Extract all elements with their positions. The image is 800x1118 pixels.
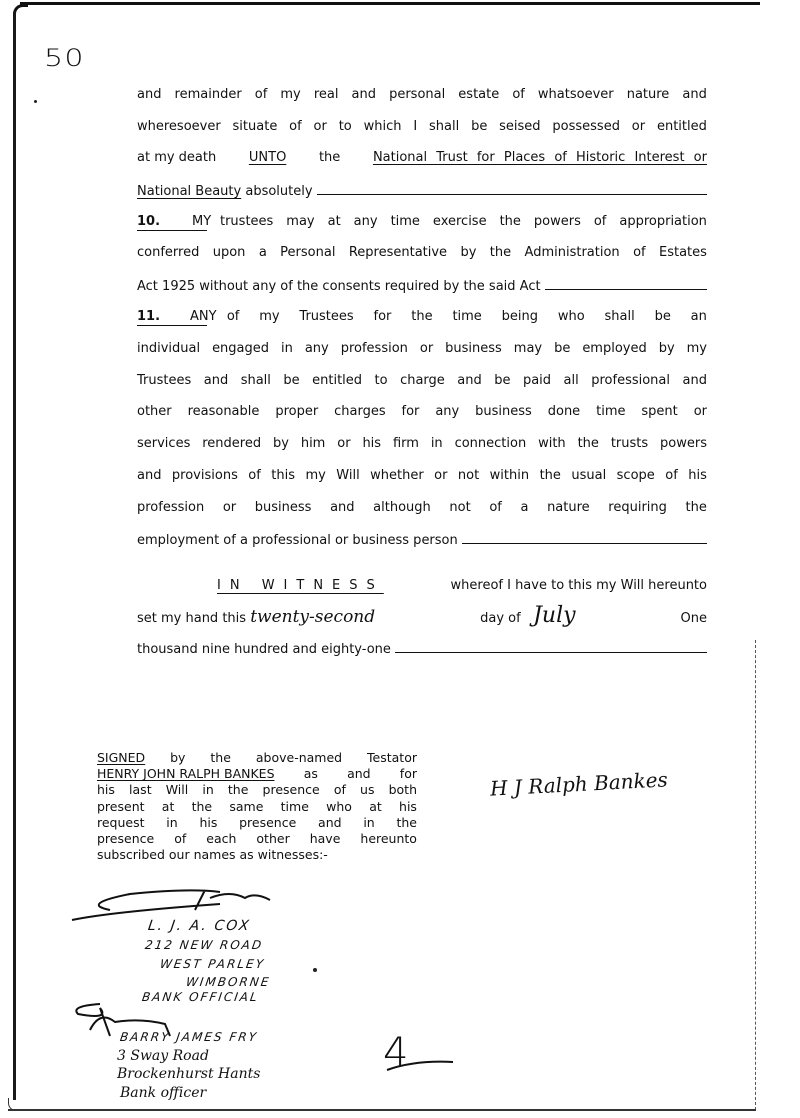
word: of	[334, 782, 346, 798]
word: charges	[334, 404, 386, 420]
word: real	[314, 87, 339, 103]
word: in	[431, 436, 443, 452]
text: at my death	[137, 150, 216, 166]
word: be	[554, 341, 570, 357]
word: and	[457, 373, 481, 389]
beneficiary-name-cont: National Beauty	[137, 184, 241, 200]
word: business	[255, 500, 312, 516]
clause-11-line-2: individualengagedinanyprofessionorbusine…	[137, 341, 707, 357]
word: may	[286, 214, 314, 230]
word: scope	[617, 468, 655, 484]
witness-2-address-1: 3 Sway Road	[117, 1048, 209, 1064]
text: absolutely	[245, 184, 312, 200]
blank-line	[317, 182, 707, 195]
word: Will	[166, 782, 189, 798]
witness-2-occupation: Bank officer	[120, 1085, 206, 1101]
word: shall	[429, 119, 459, 135]
speck	[313, 968, 317, 972]
word: although	[373, 500, 431, 516]
body-line-2: wheresoeversituateofortowhichIshallbesei…	[137, 119, 707, 135]
text: the	[319, 150, 340, 166]
word: and	[352, 87, 376, 103]
word: his	[362, 436, 381, 452]
word: subscribed our names as witnesses:-	[97, 847, 328, 863]
word: or	[632, 119, 645, 135]
blank-line	[462, 531, 707, 544]
word: rendered	[202, 436, 261, 452]
word: Administration	[525, 245, 620, 261]
clause-11-line-5: servicesrenderedbyhimorhisfirminconnecti…	[137, 436, 707, 452]
witness-1-address-2: WEST PARLEY	[159, 957, 266, 971]
word: business	[475, 404, 532, 420]
word: entitled	[657, 119, 707, 135]
word: business	[445, 341, 502, 357]
word: Testator	[367, 750, 417, 766]
word: proper	[275, 404, 318, 420]
attestation-row: hislastWillinthepresenceofusboth	[97, 782, 417, 798]
text: day of July	[480, 608, 575, 627]
word: the	[686, 500, 707, 516]
word: and	[204, 373, 228, 389]
word: employed	[582, 341, 646, 357]
clause-11-line-6: andprovisionsofthismyWillwhetherornotwit…	[137, 468, 707, 484]
page-border-left	[13, 12, 16, 1100]
clause-11-line-1: 11.ANY ofmyTrusteesforthetimebeingwhosha…	[137, 309, 707, 326]
word: trusts	[611, 436, 648, 452]
clause-10-line-1: 10.MY trusteesmayatanytimeexercisethepow…	[137, 214, 707, 231]
attestation-row: HENRY JOHN RALPH BANKESasandfor	[97, 766, 417, 782]
word: presence	[239, 815, 296, 831]
word: hereunto	[360, 831, 417, 847]
word: not	[458, 468, 479, 484]
word: remainder	[175, 87, 242, 103]
clause-11-last-line: employment of a professional or business…	[137, 531, 707, 549]
word: other	[137, 404, 172, 420]
word: engaged	[212, 341, 269, 357]
word: or	[337, 436, 350, 452]
word: any	[305, 341, 329, 357]
clause-number: 11.ANY	[137, 309, 207, 326]
word: shall	[241, 373, 271, 389]
testimonium-line-2: set my hand this twenty-second day of Ju…	[137, 608, 707, 627]
word: be	[283, 373, 299, 389]
page-border-top	[20, 2, 760, 5]
word: both	[389, 782, 417, 798]
word: the	[411, 309, 432, 325]
word: this	[271, 468, 295, 484]
word: at	[369, 799, 382, 815]
word: whether	[370, 468, 424, 484]
word: have	[310, 831, 341, 847]
word: profession	[137, 500, 204, 516]
word: and	[330, 500, 354, 516]
word: individual	[137, 341, 200, 357]
word: for	[374, 309, 392, 325]
word: of	[289, 119, 302, 135]
witness-2-name: BARRY JAMES FRY	[119, 1030, 259, 1044]
word: us	[360, 782, 374, 798]
word: an	[691, 309, 707, 325]
word: shall	[605, 309, 635, 325]
word: paid	[523, 373, 551, 389]
word: being	[502, 309, 538, 325]
witness-1-address-3: WIMBORNE	[185, 975, 271, 989]
word: trustees	[220, 214, 273, 230]
word: my	[280, 87, 300, 103]
in-witness-heading: IN WITNESS	[217, 578, 384, 594]
word: the	[396, 815, 417, 831]
word: my	[687, 341, 707, 357]
word: and	[137, 87, 161, 103]
word: at	[328, 214, 341, 230]
word: my	[259, 309, 279, 325]
word: of	[248, 468, 261, 484]
word: time	[391, 214, 420, 230]
word: upon	[213, 245, 246, 261]
witness-1-name: L. J. A. COX	[147, 918, 252, 934]
attestation-clause: SIGNEDbytheabove-namedTestatorHENRY JOHN…	[97, 750, 417, 863]
body-line-4: National Beauty absolutely	[137, 182, 707, 200]
word: any	[435, 404, 459, 420]
word: nature	[547, 500, 590, 516]
speck	[34, 100, 37, 103]
word: Representative	[349, 245, 447, 261]
word: the	[500, 214, 521, 230]
clause-number: 10.MY	[137, 214, 207, 231]
word: request	[97, 815, 145, 831]
word: of	[227, 309, 240, 325]
word: requiring	[608, 500, 667, 516]
word: connection	[455, 436, 527, 452]
word: or	[434, 468, 447, 484]
word: I	[413, 119, 417, 135]
text: employment of a professional or business…	[137, 533, 458, 549]
word: for	[402, 404, 420, 420]
word: his	[97, 782, 115, 798]
word: professional	[591, 373, 670, 389]
word: his	[199, 815, 217, 831]
word: above-named	[256, 750, 342, 766]
word: by	[460, 245, 476, 261]
witness-2-address-2: Brockenhurst Hants	[117, 1066, 260, 1082]
word: who	[558, 309, 585, 325]
word: whatsoever	[538, 87, 614, 103]
blank-line	[395, 640, 707, 653]
word: time	[596, 404, 625, 420]
word: with	[538, 436, 566, 452]
blank-line	[545, 277, 707, 290]
clause-10-line-3: Act 1925 without any of the consents req…	[137, 277, 707, 295]
word: last	[129, 782, 152, 798]
word: my	[305, 468, 325, 484]
word: situate	[233, 119, 278, 135]
word: any	[354, 214, 378, 230]
word: or	[694, 404, 707, 420]
word: to	[375, 373, 388, 389]
word: him	[301, 436, 326, 452]
attestation-row: requestinhispresenceandinthe	[97, 815, 417, 831]
word: possessed	[552, 119, 620, 135]
word: or	[223, 500, 236, 516]
attestation-row: SIGNEDbytheabove-namedTestator	[97, 750, 417, 766]
attestation-row: presentatthesametimewhoathis	[97, 799, 417, 815]
word: of	[665, 468, 678, 484]
word: conferred	[137, 245, 199, 261]
word: and	[137, 468, 161, 484]
unto-keyword: UNTO	[249, 150, 286, 166]
clause-11-line-7: professionorbusinessandalthoughnotofanat…	[137, 500, 707, 516]
word: by	[170, 750, 185, 766]
text: thousand nine hundred and eighty-one	[137, 642, 391, 658]
word: services	[137, 436, 190, 452]
word: Trustees	[299, 309, 353, 325]
word: in	[281, 341, 293, 357]
word: the	[210, 750, 231, 766]
testimonium-line-1: IN WITNESS whereof I have to this my Wil…	[217, 578, 707, 594]
word: Estates	[659, 245, 707, 261]
word: be	[471, 119, 487, 135]
word: which	[364, 119, 402, 135]
text: Act 1925 without any of the consents req…	[137, 279, 541, 295]
handwritten-month: July	[533, 603, 575, 628]
attestation-row: presenceofeachotherhavehereunto	[97, 831, 417, 847]
word: a	[520, 500, 528, 516]
word: time	[452, 309, 481, 325]
word: provisions	[172, 468, 238, 484]
word: be	[494, 373, 510, 389]
witness-1-address-1: 212 NEW ROAD	[144, 938, 264, 952]
word: appropriation	[619, 214, 707, 230]
word: present	[97, 799, 145, 815]
word: or	[420, 341, 433, 357]
testator-signature: H J Ralph Bankes	[489, 767, 668, 800]
body-line-1: andremainderofmyrealandpersonalestateofw…	[137, 87, 707, 103]
word: for	[400, 766, 417, 782]
word: the	[490, 245, 511, 261]
word: to	[339, 119, 352, 135]
word: powers	[660, 436, 707, 452]
word: and	[347, 766, 371, 782]
folio-underline	[385, 1060, 455, 1072]
word: the	[228, 782, 249, 798]
page-border-right	[755, 640, 756, 1110]
word: as	[304, 766, 318, 782]
word: done	[548, 404, 580, 420]
handwritten-day: twenty-second	[250, 607, 375, 627]
word: his	[399, 799, 417, 815]
word: and	[683, 373, 707, 389]
word: in	[166, 815, 177, 831]
text: set my hand this twenty-second	[137, 609, 375, 627]
word: of	[512, 87, 525, 103]
word: presence	[263, 782, 320, 798]
word: of	[489, 500, 502, 516]
clause-10-line-2: conferreduponaPersonalRepresentativebyth…	[137, 245, 707, 261]
word: exercise	[433, 214, 487, 230]
word: personal	[389, 87, 445, 103]
word: entitled	[312, 373, 362, 389]
beneficiary-name: National Trust for Places of Historic In…	[373, 150, 707, 166]
word: by	[659, 341, 675, 357]
word: at	[162, 799, 175, 815]
word: be	[655, 309, 671, 325]
word: and	[318, 815, 342, 831]
word: of	[594, 214, 607, 230]
signed-keyword: SIGNED	[97, 750, 145, 766]
page-number: 50	[44, 44, 85, 72]
text: whereof I have to this my Will hereunto	[451, 578, 707, 594]
word: reasonable	[188, 404, 260, 420]
word: powers	[534, 214, 581, 230]
word: Personal	[280, 245, 335, 261]
word: estate	[458, 87, 499, 103]
word: charge	[400, 373, 445, 389]
body-line-3: at my death UNTO the National Trust for …	[137, 150, 707, 166]
word: in	[363, 815, 374, 831]
word: not	[449, 500, 470, 516]
clause-11-line-4: otherreasonableproperchargesforanybusine…	[137, 404, 707, 420]
word: by	[273, 436, 289, 452]
word: the	[540, 468, 561, 484]
word: firm	[393, 436, 419, 452]
word: presence	[97, 831, 154, 847]
word: other	[256, 831, 289, 847]
word: Will	[336, 468, 359, 484]
word: nature	[627, 87, 670, 103]
word: Trustees	[137, 373, 191, 389]
word: usual	[571, 468, 606, 484]
word: of	[633, 245, 646, 261]
word: same	[229, 799, 263, 815]
clause-11-line-3: Trusteesandshallbeentitledtochargeandbep…	[137, 373, 707, 389]
word: of	[255, 87, 268, 103]
page-border-bottom	[8, 1109, 756, 1111]
word: within	[490, 468, 529, 484]
word: or	[314, 119, 327, 135]
word: who	[326, 799, 352, 815]
text: One	[681, 611, 707, 627]
word: a	[259, 245, 267, 261]
word: and	[682, 87, 706, 103]
word: each	[206, 831, 236, 847]
word: wheresoever	[137, 119, 221, 135]
testator-name: HENRY JOHN RALPH BANKES	[97, 766, 275, 782]
testimonium-line-3: thousand nine hundred and eighty-one	[137, 640, 707, 658]
word: time	[281, 799, 309, 815]
word: spent	[641, 404, 677, 420]
word: of	[174, 831, 186, 847]
word: the	[578, 436, 599, 452]
word: profession	[341, 341, 408, 357]
word: may	[514, 341, 542, 357]
word: all	[564, 373, 579, 389]
word: the	[192, 799, 213, 815]
word: in	[202, 782, 213, 798]
attestation-row: subscribed our names as witnesses:-	[97, 847, 417, 863]
word: his	[688, 468, 707, 484]
word: seised	[499, 119, 540, 135]
